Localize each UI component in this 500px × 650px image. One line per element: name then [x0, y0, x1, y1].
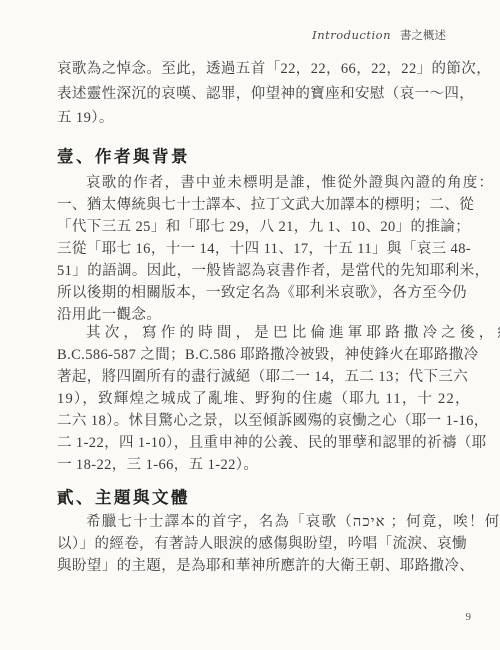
- text-line: 以）」的經卷，有著詩人眼淚的感傷與盼望，吟唱「流淚、哀慟: [57, 533, 449, 555]
- running-head-english: Introduction: [312, 28, 391, 42]
- intro-paragraph: 哀歌為之悼念。至此，透過五首「22，22，66，22，22」的節次， 表述靈性深…: [57, 57, 449, 131]
- section-heading-authorship: 壹、作者與背景: [57, 143, 190, 167]
- authorship-paragraph-2: 其次，寫作的時間，是巴比倫進軍耶路撒冷之後，約 B.C.586-587 之間；B…: [57, 322, 449, 476]
- text-line: 一 18-22，三 1-66，五 1-22）。: [57, 454, 449, 476]
- text-line: 二六 18）。怵目驚心之景，以至傾訴國殤的哀慟之心（耶一 1-16，: [57, 410, 449, 432]
- text-line: 所以後期的相關版本，一致定名為《耶利米哀歌》，各方至今仍: [57, 282, 449, 304]
- text-line: 一、猶太傳統與七十士譯本、拉丁文武大加譯本的標明；二、從: [57, 194, 449, 216]
- text-line: 哀歌為之悼念。至此，透過五首「22，22，66，22，22」的節次，: [57, 57, 449, 82]
- page-number: 9: [466, 611, 472, 623]
- text-line: 「代下三五 25」和「耶七 29，八 21，九 1、10、20」的推論；: [57, 216, 449, 238]
- text-line: 希臘七十士譯本的首字，名為「哀歌（איכה ；何竟，唉！何: [57, 511, 449, 533]
- authorship-paragraph-1: 哀歌的作者，書中並未標明是誰，惟從外證與內證的角度： 一、猶太傳統與七十士譯本、…: [57, 172, 449, 326]
- section-heading-theme: 貳、主題與文體: [57, 484, 190, 508]
- text-line: 表述靈性深沉的哀嘆、認罪，仰望神的寶座和安慰（哀一～四，: [57, 82, 449, 107]
- text-line: 與盼望」的主題，是為耶和華神所應許的大衛王朝、耶路撒冷、: [57, 555, 449, 577]
- text-line: 哀歌的作者，書中並未標明是誰，惟從外證與內證的角度：: [57, 172, 449, 194]
- text-line: 著起，將四圍所有的盡行滅絕（耶二一 14，五二 13；代下三六: [57, 366, 449, 388]
- text-line: 其次，寫作的時間，是巴比倫進軍耶路撒冷之後，約: [57, 322, 449, 344]
- text-line: B.C.586-587 之間；B.C.586 耶路撒冷被毀，神使鋒火在耶路撒冷: [57, 344, 449, 366]
- text-line: 19），致輝煌之城成了亂堆、野狗的住處（耶九 11，十 22，: [57, 388, 449, 410]
- theme-paragraph-1: 希臘七十士譯本的首字，名為「哀歌（איכה ；何竟，唉！何 以）」的經卷，有著詩…: [57, 511, 449, 577]
- text-line: 五 19）。: [57, 106, 449, 131]
- book-page: Introduction書之概述 哀歌為之悼念。至此，透過五首「22，22，66…: [0, 0, 500, 650]
- running-head-chinese: 書之概述: [400, 30, 446, 42]
- text-line: 三從「耶七 16，十一 14，十四 11、17，十五 11」與「哀三 48-: [57, 238, 449, 260]
- text-line: 51」的語調。因此，一般皆認為哀書作者，是當代的先知耶利米，: [57, 260, 449, 282]
- text-line: 二 1-22，四 1-10），且重申神的公義、民的罪孽和認罪的祈禱（耶: [57, 432, 449, 454]
- running-head: Introduction書之概述: [312, 27, 446, 43]
